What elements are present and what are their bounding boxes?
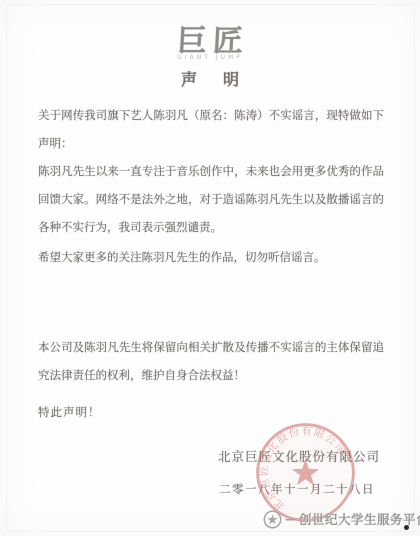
- statement-paragraph-1: 关于网传我司旗下艺人陈羽凡（原名：陈涛）不实谣言，现特做如下声明：: [38, 101, 384, 157]
- watermark: — 创世纪大学生服务平台: [262, 507, 420, 531]
- black-dot: [404, 525, 409, 530]
- closing-statement: 特此声明！: [38, 404, 101, 420]
- statement-paragraph-2: 陈羽凡先生以来一直专注于音乐创作中，未来也会用更多优秀的作品回馈大家。网络不是法…: [38, 157, 384, 241]
- signature-date: 二零一八年十一月二十八日: [219, 481, 375, 497]
- platform-name: 创世纪大学生服务平台: [299, 510, 420, 528]
- statement-paragraph-4: 本公司及陈羽凡先生将保留向相关扩散及传播不实谣言的主体保留追究法律责任的权利，维…: [38, 333, 384, 389]
- document-page: 巨匠 GIANT JUMP 声明 关于网传我司旗下艺人陈羽凡（原名：陈涛）不实谣…: [0, 0, 420, 536]
- watermark-dash: —: [285, 512, 297, 526]
- company-logo-subtitle: GIANT JUMP: [0, 54, 420, 61]
- statement-paragraph-3: 希望大家更多的关注陈羽凡先生的作品，切勿听信谣言。: [38, 243, 384, 271]
- signature-company-name: 北京巨匠文化股份有限公司: [218, 447, 380, 465]
- platform-logo-icon: [262, 509, 283, 530]
- page-title: 声明: [0, 67, 420, 90]
